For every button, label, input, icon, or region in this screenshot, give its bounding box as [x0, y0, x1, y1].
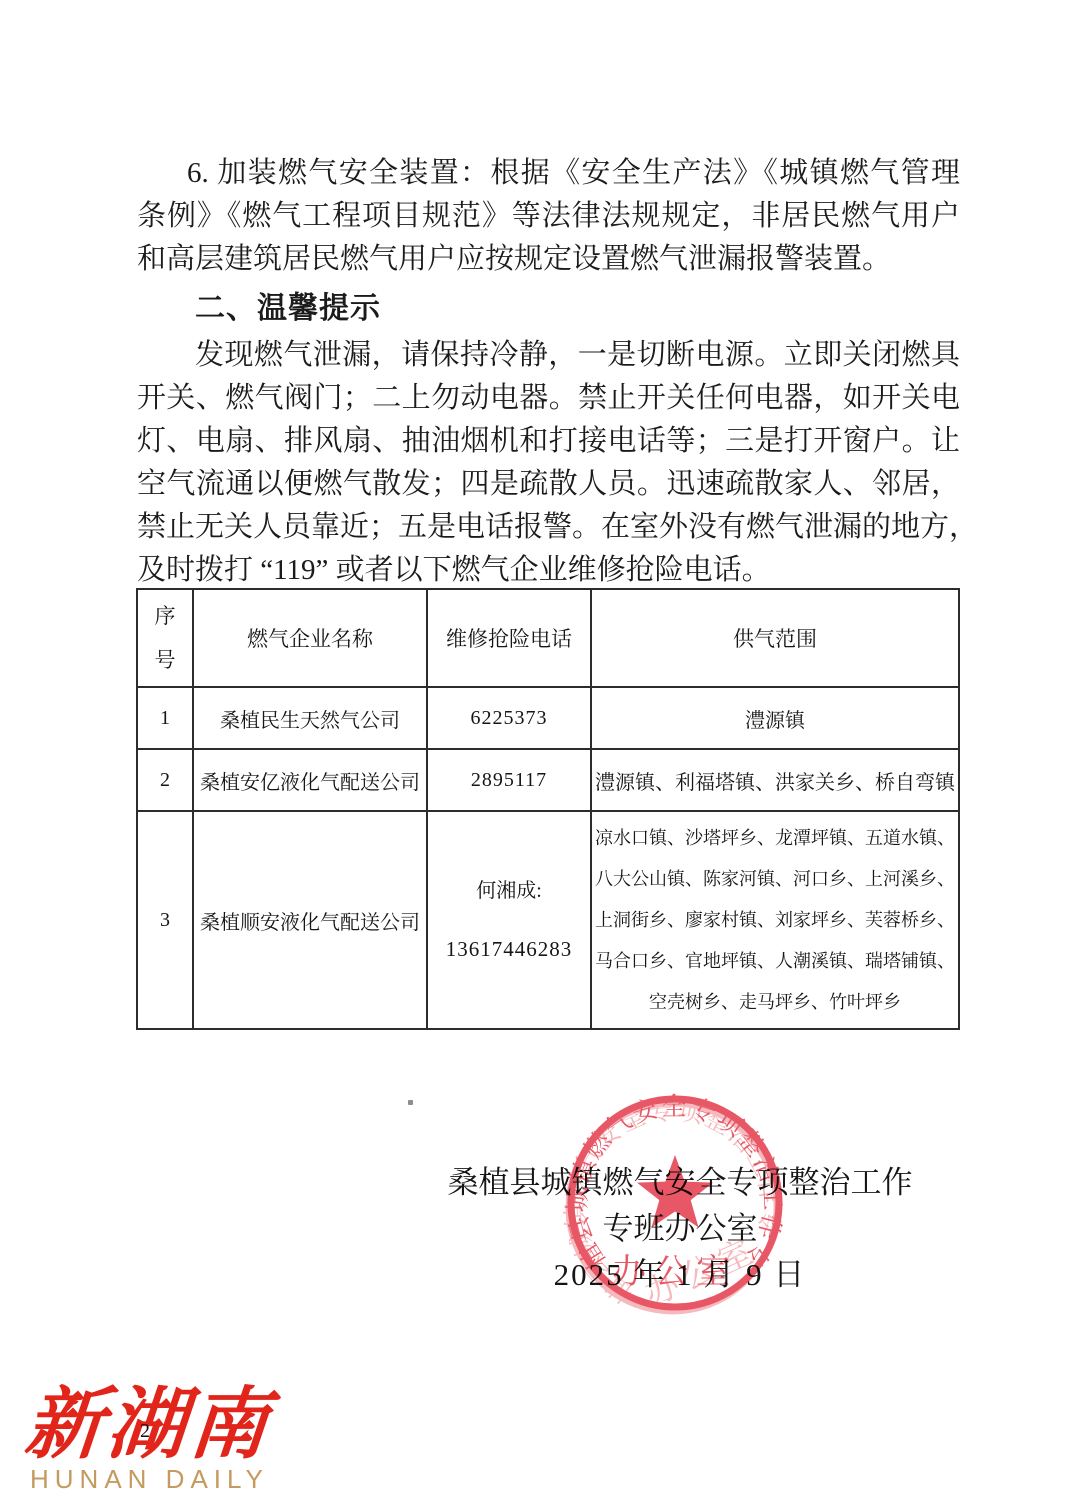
para-tips-line-2: 开关、燃气阀门；二上勿动电器。禁止开关任何电器，如开关电 — [137, 377, 960, 420]
row1-phone: 6225373 — [427, 687, 591, 749]
header-no-line2: 号 — [140, 638, 190, 682]
row1-range: 澧源镇 — [591, 687, 959, 749]
table-row-2: 2 桑植安亿液化气配送公司 2895117 澧源镇、利福塔镇、洪家关乡、桥自弯镇 — [137, 749, 959, 811]
signature-line-1: 桑植县城镇燃气安全专项整治工作 — [400, 1160, 960, 1206]
row3-contact-name: 何湘成: — [430, 876, 588, 906]
para-installation-line-3: 和高层建筑居民燃气用户应按规定设置燃气泄漏报警装置。 — [137, 238, 960, 281]
header-cell-no: 序 号 — [137, 589, 193, 687]
page-number: 2 — [140, 1420, 150, 1443]
row3-range-line-3: 上洞街乡、廖家村镇、刘家坪乡、芙蓉桥乡、 — [594, 900, 956, 941]
row2-range: 澧源镇、利福塔镇、洪家关乡、桥自弯镇 — [591, 749, 959, 811]
para-tips-line-3: 灯、电扇、排风扇、抽油烟机和打接电话等；三是打开窗户。让 — [137, 420, 960, 463]
header-cell-phone: 维修抢险电话 — [427, 589, 591, 687]
row3-range-line-4: 马合口乡、官地坪镇、人潮溪镇、瑞塔铺镇、 — [594, 941, 956, 982]
row3-contact-number: 13617446283 — [430, 934, 588, 964]
section-heading: 二、温馨提示 — [195, 287, 960, 330]
table-row-1: 1 桑植民生天然气公司 6225373 澧源镇 — [137, 687, 959, 749]
row3-range-line-2: 八大公山镇、陈家河镇、河口乡、上河溪乡、 — [594, 859, 956, 900]
para-installation: 6. 加装燃气安全装置：根据《安全生产法》《城镇燃气管理 条例》《燃气工程项目规… — [137, 152, 960, 281]
signature-block: 桑植县城镇燃气安全专项整治工作 专班办公室 2025 年 1 月 9 日 — [400, 1160, 960, 1298]
gas-companies-table: 序 号 燃气企业名称 维修抢险电话 供气范围 1 桑植民生天然气公司 62253… — [136, 588, 960, 1030]
table-header-row: 序 号 燃气企业名称 维修抢险电话 供气范围 — [137, 589, 959, 687]
row2-company: 桑植安亿液化气配送公司 — [193, 749, 427, 811]
row3-company: 桑植顺安液化气配送公司 — [193, 811, 427, 1029]
para-tips-line-6: 及时拨打 “119” 或者以下燃气企业维修抢险电话。 — [137, 549, 960, 592]
para-tips-line-5: 禁止无关人员靠近；五是电话报警。在室外没有燃气泄漏的地方， — [137, 506, 960, 549]
row1-no: 1 — [137, 687, 193, 749]
para-tips-line-4: 空气流通以便燃气散发；四是疏散人员。迅速疏散家人、邻居， — [137, 463, 960, 506]
para-tips-line-1: 发现燃气泄漏，请保持冷静，一是切断电源。立即关闭燃具 — [137, 334, 960, 377]
para-installation-line-1: 6. 加装燃气安全装置：根据《安全生产法》《城镇燃气管理 — [137, 152, 960, 195]
section-heading-block: 二、温馨提示 — [137, 287, 960, 330]
row3-phone: 何湘成: 13617446283 — [427, 811, 591, 1029]
row1-company: 桑植民生天然气公司 — [193, 687, 427, 749]
hunan-daily-logo-english: HUNAN DAILY — [30, 1464, 269, 1495]
row2-phone: 2895117 — [427, 749, 591, 811]
header-no-line1: 序 — [140, 594, 190, 638]
row3-range: 凉水口镇、沙塔坪乡、龙潭坪镇、五道水镇、 八大公山镇、陈家河镇、河口乡、上河溪乡… — [591, 811, 959, 1029]
row3-no: 3 — [137, 811, 193, 1029]
signature-date: 2025 年 1 月 9 日 — [400, 1252, 960, 1298]
row3-range-line-5: 空壳树乡、走马坪乡、竹叶坪乡 — [594, 982, 956, 1023]
table-row-3: 3 桑植顺安液化气配送公司 何湘成: 13617446283 凉水口镇、沙塔坪乡… — [137, 811, 959, 1029]
row2-no: 2 — [137, 749, 193, 811]
scan-speck — [408, 1100, 413, 1105]
para-tips: 发现燃气泄漏，请保持冷静，一是切断电源。立即关闭燃具 开关、燃气阀门；二上勿动电… — [137, 334, 960, 592]
para-installation-line-2: 条例》《燃气工程项目规范》等法律法规规定，非居民燃气用户 — [137, 195, 960, 238]
row3-range-line-1: 凉水口镇、沙塔坪乡、龙潭坪镇、五道水镇、 — [594, 818, 956, 859]
header-cell-range: 供气范围 — [591, 589, 959, 687]
header-cell-company: 燃气企业名称 — [193, 589, 427, 687]
hunan-daily-logo-chinese: 新湖南 — [21, 1362, 277, 1474]
document-page: 6. 加装燃气安全装置：根据《安全生产法》《城镇燃气管理 条例》《燃气工程项目规… — [0, 0, 1080, 1501]
signature-line-2: 专班办公室 — [400, 1206, 960, 1252]
